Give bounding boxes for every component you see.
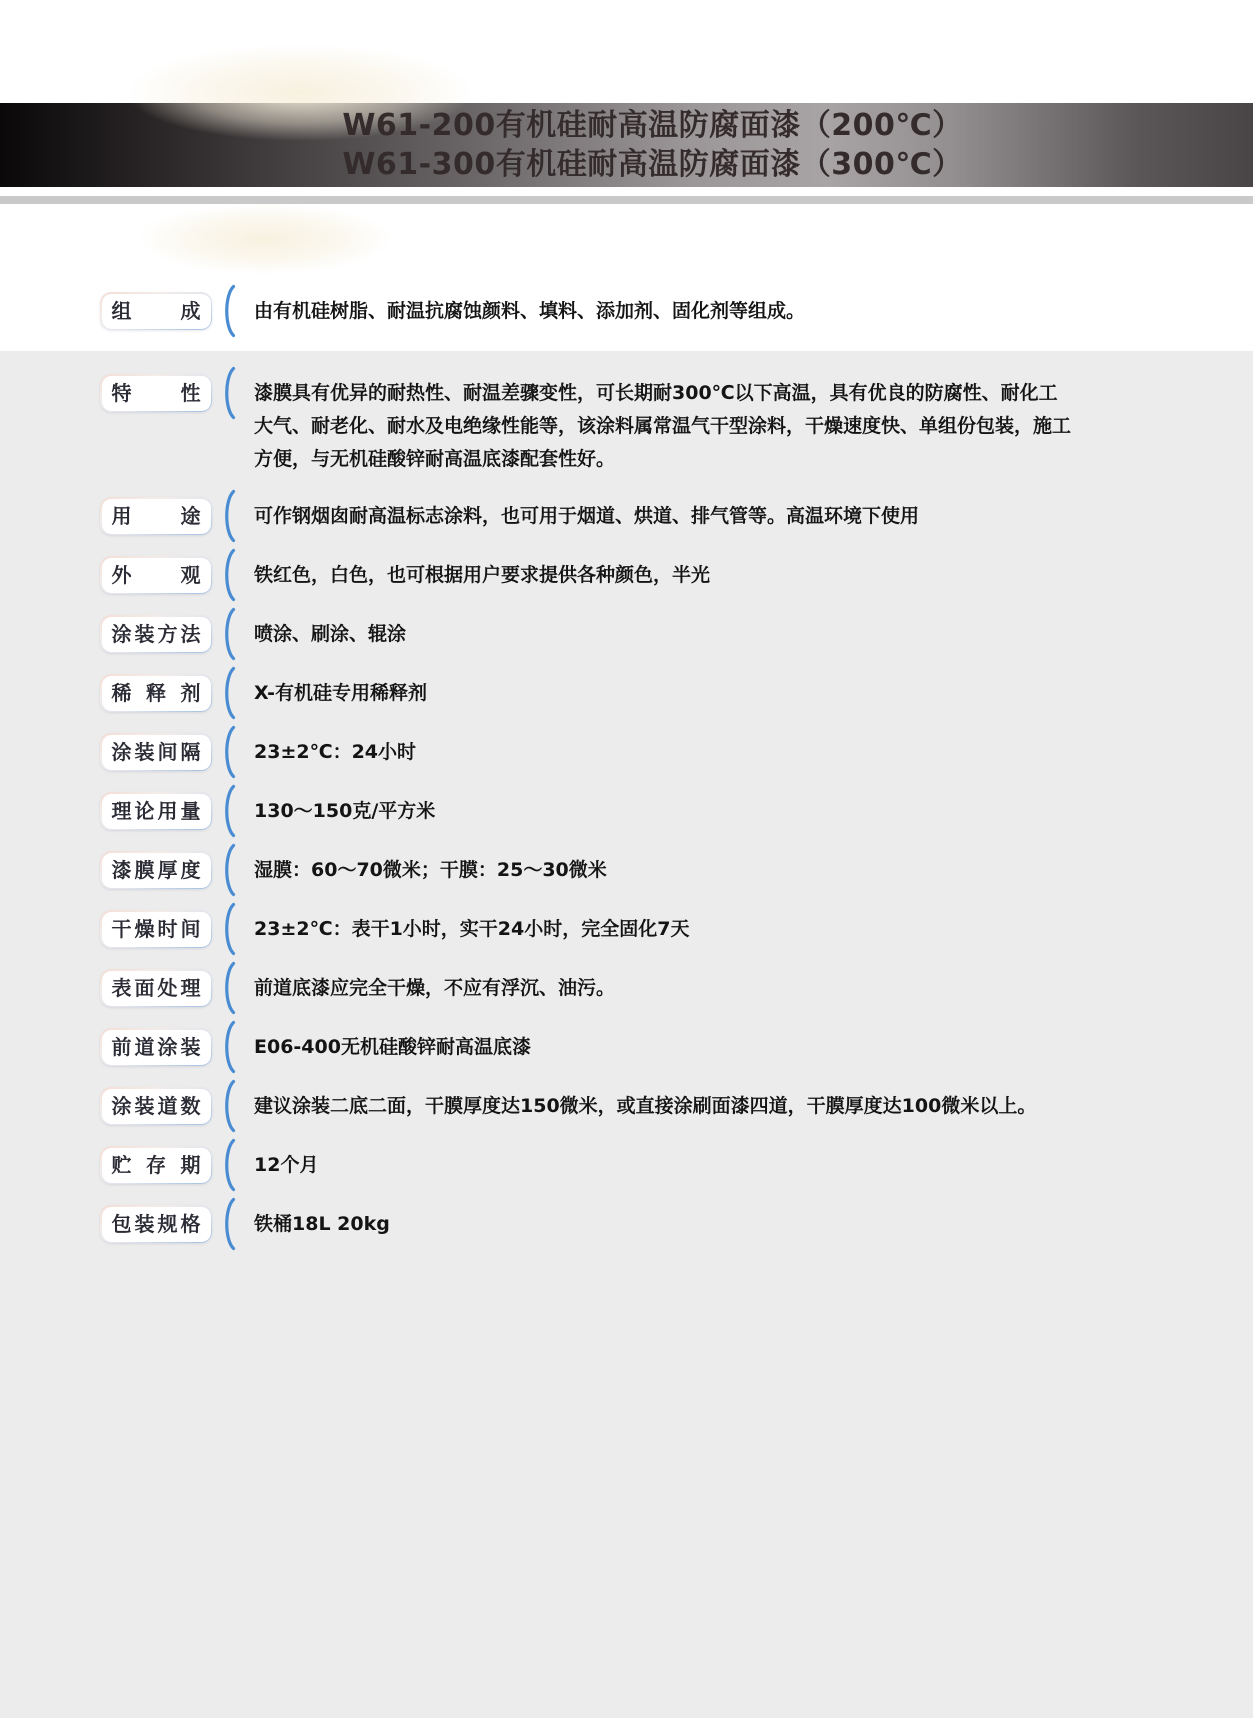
- composition-section: 组成由有机硅树脂、耐温抗腐蚀颜料、填料、添加剂、固化剂等组成。: [0, 292, 1257, 330]
- field-label: 稀释剂: [112, 683, 201, 703]
- field-label-pill-inner: 表面处理: [102, 971, 211, 1006]
- field-value: 铁红色，白色，也可根据用户要求提供各种颜色，半光: [254, 556, 710, 592]
- spec-sheet-body: 特性漆膜具有优异的耐热性、耐温差骤变性，可长期耐300℃以下高温，具有优良的防腐…: [0, 351, 1253, 1718]
- field-label: 干燥时间: [112, 919, 201, 939]
- field-value: 湿膜：60～70微米；干膜：25～30微米: [254, 851, 607, 887]
- field-label-pill: 涂装道数: [100, 1087, 212, 1125]
- open-bracket-icon: [216, 792, 240, 830]
- open-bracket-icon: [216, 1087, 240, 1125]
- open-bracket-icon: [216, 374, 240, 412]
- spec-row: 涂装方法喷涂、刷涂、辊涂: [100, 615, 1253, 653]
- field-label: 组成: [112, 301, 201, 321]
- product-title-line-1: W61-200有机硅耐高温防腐面漆（200℃）: [26, 106, 1257, 145]
- open-bracket-icon: [216, 1146, 240, 1184]
- field-label: 涂装方法: [112, 624, 201, 644]
- field-value: 喷涂、刷涂、辊涂: [254, 615, 406, 651]
- field-label-pill-inner: 用途: [102, 499, 211, 534]
- field-label-pill-inner: 贮存期: [102, 1148, 211, 1183]
- open-bracket-icon: [216, 497, 240, 535]
- open-bracket-icon: [216, 910, 240, 948]
- spec-row: 组成由有机硅树脂、耐温抗腐蚀颜料、填料、添加剂、固化剂等组成。: [100, 292, 1257, 330]
- spec-row: 稀释剂X-有机硅专用稀释剂: [100, 674, 1253, 712]
- field-value: 漆膜具有优异的耐热性、耐温差骤变性，可长期耐300℃以下高温，具有优良的防腐性、…: [254, 374, 1074, 476]
- field-label-pill: 表面处理: [100, 969, 212, 1007]
- field-value: 12个月: [254, 1146, 318, 1182]
- open-bracket-icon: [216, 674, 240, 712]
- field-label-pill-inner: 涂装间隔: [102, 735, 211, 770]
- field-value: 建议涂装二底二面，干膜厚度达150微米，或直接涂刷面漆四道，干膜厚度达100微米…: [254, 1087, 1036, 1123]
- field-label: 外观: [112, 565, 201, 585]
- field-label-pill-inner: 外观: [102, 558, 211, 593]
- field-label-pill: 用途: [100, 497, 212, 535]
- spec-row: 涂装间隔23±2℃：24小时: [100, 733, 1253, 771]
- field-label-pill-inner: 涂装道数: [102, 1089, 211, 1124]
- spec-row: 表面处理前道底漆应完全干燥，不应有浮沉、油污。: [100, 969, 1253, 1007]
- spec-row: 漆膜厚度湿膜：60～70微米；干膜：25～30微米: [100, 851, 1253, 889]
- field-label-pill-inner: 前道涂装: [102, 1030, 211, 1065]
- field-label-pill: 包装规格: [100, 1205, 212, 1243]
- field-label: 漆膜厚度: [112, 860, 201, 880]
- spec-row: 特性漆膜具有优异的耐热性、耐温差骤变性，可长期耐300℃以下高温，具有优良的防腐…: [100, 374, 1253, 476]
- open-bracket-icon: [216, 733, 240, 771]
- field-label-pill-inner: 稀释剂: [102, 676, 211, 711]
- field-label: 表面处理: [112, 978, 201, 998]
- spec-row: 干燥时间23±2℃：表干1小时，实干24小时，完全固化7天: [100, 910, 1253, 948]
- spec-row: 外观铁红色，白色，也可根据用户要求提供各种颜色，半光: [100, 556, 1253, 594]
- field-label: 涂装间隔: [112, 742, 201, 762]
- field-value: 由有机硅树脂、耐温抗腐蚀颜料、填料、添加剂、固化剂等组成。: [254, 292, 805, 328]
- field-value: X-有机硅专用稀释剂: [254, 674, 427, 710]
- field-label-pill: 组成: [100, 292, 212, 330]
- open-bracket-icon: [216, 851, 240, 889]
- field-label-pill: 理论用量: [100, 792, 212, 830]
- field-label-pill: 干燥时间: [100, 910, 212, 948]
- open-bracket-icon: [216, 615, 240, 653]
- upper-white-section: 组成由有机硅树脂、耐温抗腐蚀颜料、填料、添加剂、固化剂等组成。: [0, 204, 1257, 351]
- field-label: 前道涂装: [112, 1037, 201, 1057]
- watermark-blob: [140, 204, 390, 274]
- field-value: 23±2℃：24小时: [254, 733, 416, 769]
- field-label-pill-inner: 理论用量: [102, 794, 211, 829]
- field-label-pill-inner: 组成: [102, 294, 211, 329]
- field-label: 涂装道数: [112, 1096, 201, 1116]
- product-title-line-2: W61-300有机硅耐高温防腐面漆（300℃）: [26, 145, 1257, 184]
- title-banner: W61-200有机硅耐高温防腐面漆（200℃） W61-300有机硅耐高温防腐面…: [0, 103, 1253, 187]
- field-value: 23±2℃：表干1小时，实干24小时，完全固化7天: [254, 910, 689, 946]
- field-label-pill: 特性: [100, 374, 212, 412]
- open-bracket-icon: [216, 969, 240, 1007]
- field-value: 可作钢烟囱耐高温标志涂料，也可用于烟道、烘道、排气管等。高温环境下使用: [254, 497, 919, 533]
- field-label-pill-inner: 包装规格: [102, 1207, 211, 1242]
- spec-row: 用途可作钢烟囱耐高温标志涂料，也可用于烟道、烘道、排气管等。高温环境下使用: [100, 497, 1253, 535]
- field-value: E06-400无机硅酸锌耐高温底漆: [254, 1028, 531, 1064]
- spec-row: 前道涂装E06-400无机硅酸锌耐高温底漆: [100, 1028, 1253, 1066]
- field-label-pill-inner: 特性: [102, 376, 211, 411]
- field-label: 贮存期: [112, 1155, 201, 1175]
- open-bracket-icon: [216, 292, 240, 330]
- field-label-pill: 涂装间隔: [100, 733, 212, 771]
- field-label: 包装规格: [112, 1214, 201, 1234]
- field-value: 前道底漆应完全干燥，不应有浮沉、油污。: [254, 969, 615, 1005]
- field-label-pill-inner: 漆膜厚度: [102, 853, 211, 888]
- separator-strip: [0, 196, 1253, 204]
- field-label-pill: 贮存期: [100, 1146, 212, 1184]
- field-label-pill-inner: 涂装方法: [102, 617, 211, 652]
- spec-row: 贮存期12个月: [100, 1146, 1253, 1184]
- field-label-pill: 漆膜厚度: [100, 851, 212, 889]
- field-value: 130～150克/平方米: [254, 792, 435, 828]
- field-label: 理论用量: [112, 801, 201, 821]
- field-label: 用途: [112, 506, 201, 526]
- open-bracket-icon: [216, 1205, 240, 1243]
- open-bracket-icon: [216, 1028, 240, 1066]
- open-bracket-icon: [216, 556, 240, 594]
- field-label-pill: 稀释剂: [100, 674, 212, 712]
- spec-row: 理论用量130～150克/平方米: [100, 792, 1253, 830]
- spec-row: 包装规格铁桶18L 20kg: [100, 1205, 1253, 1243]
- field-label-pill-inner: 干燥时间: [102, 912, 211, 947]
- field-label-pill: 涂装方法: [100, 615, 212, 653]
- page-top-margin: [0, 0, 1257, 103]
- field-value: 铁桶18L 20kg: [254, 1205, 390, 1241]
- field-label: 特性: [112, 383, 201, 403]
- field-label-pill: 前道涂装: [100, 1028, 212, 1066]
- field-label-pill: 外观: [100, 556, 212, 594]
- spec-row: 涂装道数建议涂装二底二面，干膜厚度达150微米，或直接涂刷面漆四道，干膜厚度达1…: [100, 1087, 1253, 1125]
